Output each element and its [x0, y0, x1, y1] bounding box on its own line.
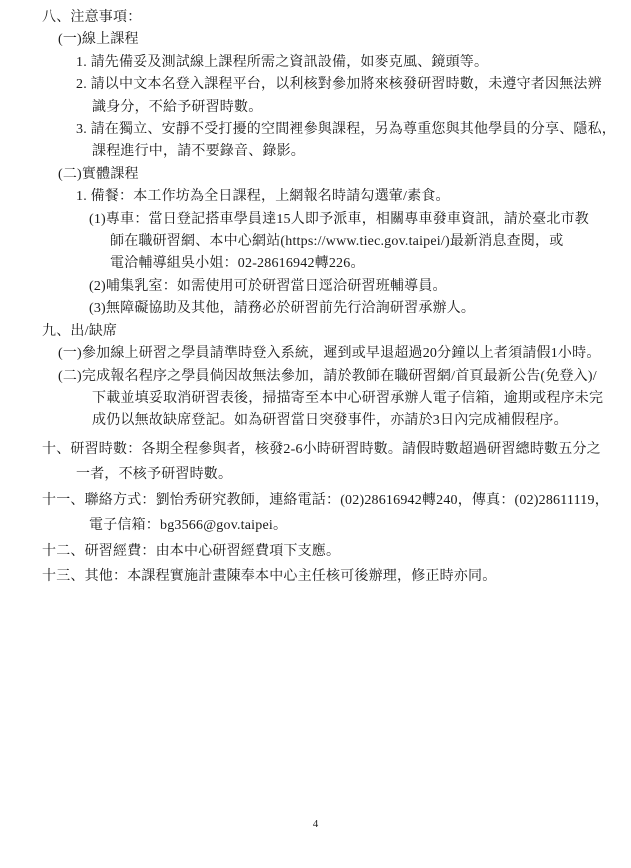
text-line: 電洽輔導組吳小姐：02-28616942轉226。 [0, 253, 631, 275]
text-line: 識身分，不給予研習時數。 [0, 97, 631, 119]
text-line: 1. 請先備妥及測試線上課程所需之資訊設備，如麥克風、鏡頭等。 [0, 52, 631, 74]
text-line: 一者，不核予研習時數。 [0, 462, 631, 488]
text-line: 十一、聯絡方式：劉怡秀研究教師，連絡電話：(02)28616942轉240，傳真… [0, 488, 631, 514]
text-line: (3)無障礙協助及其他，請務必於研習前先行洽詢研習承辦人。 [0, 298, 631, 320]
text-line: 課程進行中，請不要錄音、錄影。 [0, 141, 631, 163]
text-line: (一)參加線上研習之學員請準時登入系統，遲到或早退超過20分鐘以上者須請假1小時… [0, 343, 631, 365]
text-line: 1. 備餐：本工作坊為全日課程，上網報名時請勾選葷/素食。 [0, 186, 631, 208]
document-content: 八、注意事項：(一)線上課程1. 請先備妥及測試線上課程所需之資訊設備，如麥克風… [0, 7, 631, 590]
text-line: (1)專車：當日登記搭車學員達15人即予派車，相關專車發車資訊，請於臺北市教 [0, 209, 631, 231]
document-page: 八、注意事項：(一)線上課程1. 請先備妥及測試線上課程所需之資訊設備，如麥克風… [0, 0, 631, 868]
text-line: (二)完成報名程序之學員倘因故無法參加，請於教師在職研習網/首頁最新公告(免登入… [0, 366, 631, 388]
text-line: 師在職研習網、本中心網站(https://www.tiec.gov.taipei… [0, 231, 631, 253]
text-line: 八、注意事項： [0, 7, 631, 29]
text-line: 十三、其他：本課程實施計畫陳奉本中心主任核可後辦理，修正時亦同。 [0, 564, 631, 590]
text-line: 九、出/缺席 [0, 321, 631, 343]
text-line: (2)哺集乳室：如需使用可於研習當日逕洽研習班輔導員。 [0, 276, 631, 298]
text-line: 3. 請在獨立、安靜不受打擾的空間裡參與課程，另為尊重您與其他學員的分享、隱私， [0, 119, 631, 141]
text-line: 電子信箱：bg3566@gov.taipei。 [0, 513, 631, 539]
text-line: (二)實體課程 [0, 164, 631, 186]
text-line: 十、研習時數：各期全程參與者，核發2-6小時研習時數。請假時數超過研習總時數五分… [0, 437, 631, 463]
text-line: 十二、研習經費：由本中心研習經費項下支應。 [0, 539, 631, 565]
text-line: (一)線上課程 [0, 29, 631, 51]
page-number: 4 [0, 818, 631, 830]
text-line: 2. 請以中文本名登入課程平台，以利核對參加將來核發研習時數，未遵守者因無法辨 [0, 74, 631, 96]
text-line: 成仍以無故缺席登記。如為研習當日突發事件，亦請於3日內完成補假程序。 [0, 410, 631, 432]
text-line: 下載並填妥取消研習表後，掃描寄至本中心研習承辦人電子信箱，逾期或程序未完 [0, 388, 631, 410]
